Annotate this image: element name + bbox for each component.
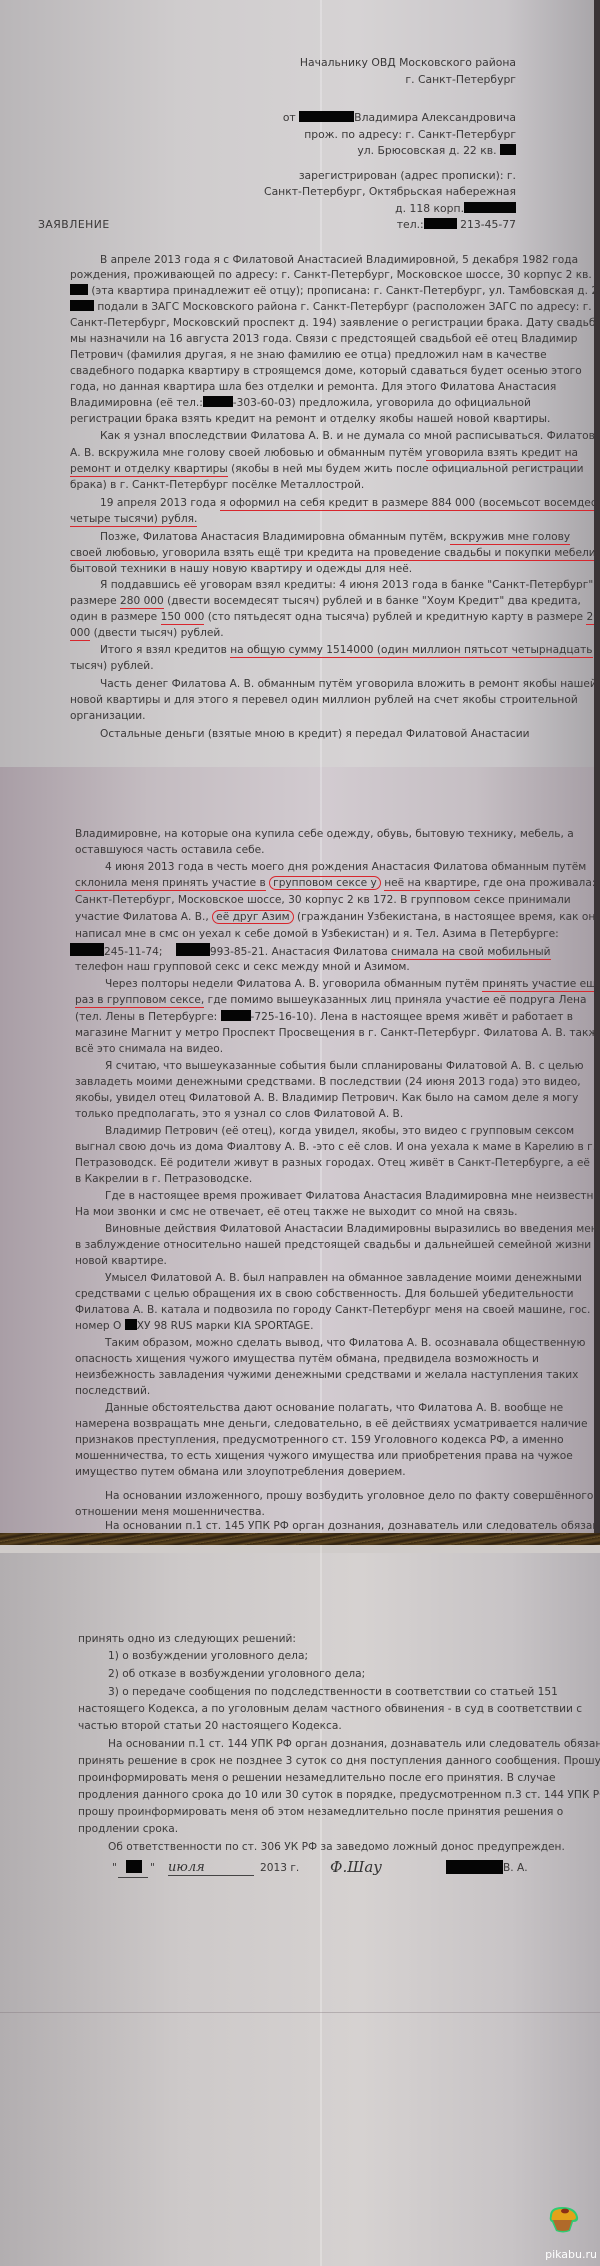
text-line: тысяч) рублей.	[70, 659, 564, 673]
highlighted-phrase: ремонт и отделку квартиры	[70, 463, 228, 477]
text-line: размере 280 000 (двести восемдесят тысяч…	[70, 594, 564, 608]
text-line: 19 апреля 2013 года я оформил на себя кр…	[70, 496, 564, 510]
text-line: четыре тысячи) рубля.	[70, 512, 564, 526]
text-line: Петрович (фамилия другая, я не знаю фами…	[70, 348, 564, 362]
text-line: всё это снимала на видео.	[75, 1042, 564, 1056]
redacted-phone-code	[70, 943, 104, 956]
text-line: Позже, Филатова Анастасия Владимировна о…	[70, 530, 564, 544]
highlighted-phrase: вскружив мне голову	[450, 531, 570, 545]
text-line: опасность хищения чужого имущества путём…	[75, 1352, 564, 1366]
text-line: только предполагать, это я узнал со слов…	[75, 1107, 564, 1121]
text-line: (тел. Лены в Петербурге: -725-16-10). Ле…	[75, 1010, 564, 1024]
text-line: Я поддавшись её уговорам взял кредиты: 4…	[70, 578, 564, 592]
text-line: Часть денег Филатова А. В. обманным путё…	[70, 677, 564, 691]
text-line: свадебного подарка квартиру в строящемся…	[70, 364, 564, 378]
redacted-apartment	[70, 284, 88, 295]
text-line: бытовой техники в нашу новую квартиру и …	[70, 562, 564, 576]
list-item: 1) о возбуждении уголовного дела;	[78, 1649, 570, 1663]
text-line: подали в ЗАГС Московского района г. Санк…	[70, 300, 564, 314]
redacted-phone-code	[221, 1010, 251, 1021]
text-line: один в размере 150 000 (сто пятьдесят од…	[70, 610, 564, 624]
addressee-line: Начальнику ОВД Московского района	[264, 55, 516, 72]
redacted-surname	[299, 111, 354, 122]
text-line: Петразоводск. Её родители живут в разных…	[75, 1156, 564, 1170]
highlighted-phrase: на общую сумму 1514000 (один миллион пят…	[230, 644, 592, 658]
highlighted-amount: 000	[70, 627, 90, 641]
text-line: Остальные деньги (взятые мною в кредит) …	[70, 727, 564, 741]
registration-line: Санкт-Петербург, Октябрьская набережная	[264, 184, 516, 201]
text-line: Виновные действия Филатовой Анастасии Вл…	[75, 1222, 564, 1236]
highlighted-amount: 280 000	[120, 595, 164, 609]
text-line: новой квартире.	[75, 1254, 564, 1268]
cupcake-icon	[546, 2204, 582, 2236]
text-line: признаков преступления, предусмотренного…	[75, 1433, 564, 1447]
signer-initials: В. А.	[503, 1862, 528, 1874]
text-line: новой квартиры и для этого я перевел оди…	[70, 693, 564, 707]
text-line: (эта квартира принадлежит её отцу); проп…	[70, 284, 564, 298]
text-line: прошу проинформировать меня об этом неза…	[78, 1805, 570, 1819]
text-line: принять одно из следующих решений:	[78, 1632, 570, 1646]
text-line: в Какрелии в г. Петразоводске.	[75, 1172, 564, 1186]
text-line: Я считаю, что вышеуказанные события были…	[75, 1059, 564, 1073]
list-item: 2) об отказе в возбуждении уголовного де…	[78, 1667, 570, 1681]
text-line: Итого я взял кредитов на общую сумму 151…	[70, 643, 564, 657]
text-line: средствами с целью обращения их в свою с…	[75, 1287, 564, 1301]
text-line: оставшуюся часть оставила себе.	[75, 843, 564, 857]
watermark-text: pikabu.ru	[545, 2248, 597, 2261]
addressee-block: Начальнику ОВД Московского района г. Сан…	[264, 55, 516, 234]
text-line: настоящего Кодекса, а по уголовным делам…	[78, 1702, 570, 1716]
phone-line: тел.: 213-45-77	[264, 217, 516, 234]
text-line: Владимировна (её тел.:-303-60-03) предло…	[70, 396, 564, 410]
text-line: Санкт-Петербург, Московское шоссе, 30 ко…	[75, 893, 564, 907]
text-line: года, но данная квартира шла без отделки…	[70, 380, 564, 394]
text-line: продлении срока.	[78, 1822, 570, 1836]
text-line: На основании п.1 ст. 144 УПК РФ орган до…	[78, 1737, 570, 1751]
text-line: В апреле 2013 года я с Филатовой Анастас…	[70, 253, 564, 267]
text-line: 245-11-74; 993-85-21. Анастасия Филатова…	[70, 943, 564, 959]
paper-fold	[0, 2012, 600, 2013]
text-line: намерена возвращать мне деньги, следоват…	[75, 1417, 564, 1431]
text-line: мы назначили на 16 августа 2013 года. Св…	[70, 332, 564, 346]
registration-line: д. 118 корп.	[264, 201, 516, 218]
text-line: завладеть моими денежными средствами. В …	[75, 1075, 564, 1089]
text-line: продления данного срока до 10 или 30 сут…	[78, 1788, 570, 1802]
redacted-surname	[446, 1860, 503, 1874]
text-line: телефон наш групповой секс и секс между …	[75, 960, 564, 974]
text-line: На основании п.1 ст. 145 УПК РФ орган до…	[75, 1519, 564, 1533]
highlighted-phrase: своей любовью, уговорила взять ещё три к…	[70, 547, 599, 561]
text-line: Владимир Петрович (её отец), когда увиде…	[75, 1124, 564, 1138]
text-line: На мои звонки и смс не отвечает, её отец…	[75, 1205, 564, 1219]
addressee-city: г. Санкт-Петербург	[264, 72, 516, 89]
text-line: отношении меня мошенничества.	[75, 1505, 564, 1519]
date-quote-open: "	[112, 1862, 117, 1874]
highlighted-phrase: раз в групповом сексе,	[75, 994, 204, 1008]
statement-page-1: Начальнику ОВД Московского района г. Сан…	[0, 0, 600, 767]
handwritten-signature: Ф.Шау	[330, 1858, 382, 1876]
text-line: Таким образом, можно сделать вывод, что …	[75, 1336, 564, 1350]
residence-street: ул. Брюсовская д. 22 кв.	[264, 143, 516, 160]
highlighted-amount: 150 000	[161, 611, 205, 625]
highlighted-phrase: я оформил на себя кредит в размере 884 0…	[220, 497, 600, 511]
text-line: Об ответственности по ст. 306 УК РФ за з…	[78, 1840, 570, 1854]
text-line: якобы, увидел отец Филатовой А. В. Влади…	[75, 1091, 564, 1105]
redacted-plate-digits	[125, 1319, 137, 1330]
text-line: рождения, проживающей по адресу: г. Санк…	[70, 268, 564, 282]
text-line: написал мне в смс он уехал к себе домой …	[75, 927, 564, 941]
text-line: Умысел Филатовой А. В. был направлен на …	[75, 1271, 564, 1285]
text-line: мошенничества, то есть хищения чужого им…	[75, 1449, 564, 1463]
text-line: своей любовью, уговорила взять ещё три к…	[70, 546, 564, 560]
redacted-apartment	[70, 300, 94, 311]
text-line: выгнал свою дочь из дома Фиалтову А. В. …	[75, 1140, 564, 1154]
text-line: Владимировне, на которые она купила себе…	[75, 827, 564, 841]
highlighted-amount: 200	[586, 611, 600, 625]
text-line: 000 (двести тысяч) рублей.	[70, 626, 564, 640]
registration-line: зарегистрирован (адрес прописки): г.	[264, 168, 516, 185]
text-line: брака) в г. Санкт-Петербург посёлке Мета…	[70, 478, 564, 492]
text-line: Санкт-Петербург, Московский проспект д. …	[70, 316, 564, 330]
text-line: организации.	[70, 709, 564, 723]
text-line: 4 июня 2013 года в честь моего дня рожде…	[75, 860, 564, 874]
residence-line: прож. по адресу: г. Санкт-Петербург	[264, 127, 516, 144]
text-line: На основании изложенного, прошу возбудит…	[75, 1489, 564, 1503]
circled-phrase: групповом сексе у	[269, 876, 381, 890]
highlighted-phrase: четыре тысячи) рубля.	[70, 513, 197, 527]
text-line: раз в групповом сексе, где помимо вышеук…	[75, 993, 564, 1007]
date-month-handwritten: июля	[168, 1860, 254, 1876]
text-line: магазине Магнит у метро Проспект Просвещ…	[75, 1026, 564, 1040]
redacted-building	[464, 202, 516, 213]
text-line: регистрации брака взять кредит на ремонт…	[70, 412, 564, 426]
statement-page-3: принять одно из следующих решений: 1) о …	[0, 1545, 600, 2266]
list-item: 3) о передаче сообщения по подследственн…	[78, 1685, 570, 1699]
highlighted-phrase: уговорила взять кредит на	[426, 447, 578, 461]
highlighted-phrase: склонила меня принять участие в	[75, 877, 266, 891]
text-line: А. В. вскружила мне голову своей любовью…	[70, 446, 564, 460]
text-line: проинформировать меня о решении незамедл…	[78, 1771, 570, 1785]
text-line: ремонт и отделку квартиры (якобы в ней м…	[70, 462, 564, 476]
text-line: принять решение в срок не позднее 3 суто…	[78, 1754, 570, 1768]
circled-phrase: её друг Азим	[212, 910, 293, 924]
text-line: в заблуждение относительно нашей предсто…	[75, 1238, 564, 1252]
text-line: склонила меня принять участие в группово…	[75, 876, 564, 890]
document-title: ЗАЯВЛЕНИЕ	[38, 218, 110, 231]
text-line: частью второй статьи 20 настоящего Кодек…	[78, 1719, 570, 1733]
redacted-day	[126, 1860, 142, 1873]
text-line: Где в настоящее время проживает Филатова…	[75, 1189, 564, 1203]
text-line: Данные обстоятельства дают основание пол…	[75, 1401, 564, 1415]
highlighted-phrase: снимала на свой мобильный	[391, 946, 550, 960]
text-line: участие Филатова А. В., её друг Азим (гр…	[75, 910, 564, 924]
text-line: Как я узнал впоследствии Филатова А. В. …	[70, 429, 564, 443]
text-line: последствий.	[75, 1384, 564, 1398]
text-line: номер О ХУ 98 RUS марки KIA SPORTAGE.	[75, 1319, 564, 1333]
statement-page-2: Владимировне, на которые она купила себе…	[0, 767, 600, 1533]
highlighted-phrase: неё на квартире,	[384, 877, 480, 891]
text-line: Филатова А. В. катала и подвозила по гор…	[75, 1303, 564, 1317]
date-year: 2013 г.	[260, 1862, 299, 1874]
redacted-phone-code	[424, 218, 457, 229]
text-line: неизбежность завладения чужими денежными…	[75, 1368, 564, 1382]
text-line: имущество путем обмана или злоупотреблен…	[75, 1465, 564, 1479]
highlighted-phrase: принять участие ещё	[482, 978, 600, 992]
sender-name-line: от Владимира Александровича	[264, 110, 516, 127]
redacted-apartment	[500, 144, 516, 155]
text-line: Через полторы недели Филатова А. В. угов…	[75, 977, 564, 991]
date-quote-close: "	[150, 1862, 155, 1874]
redacted-phone	[203, 396, 233, 407]
redacted-phone-code	[176, 943, 210, 956]
